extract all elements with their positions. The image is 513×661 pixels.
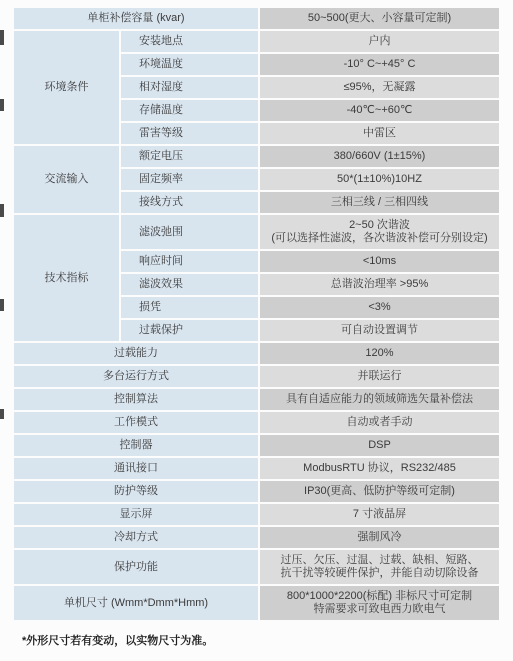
row-value: 50*(1±10%)10HZ [260, 169, 499, 190]
row-value: 7 寸液晶屏 [260, 504, 499, 525]
row-value: 并联运行 [260, 366, 499, 387]
row-label: 过载能力 [14, 343, 258, 364]
row-value: 总谐波治理率 >95% [260, 274, 499, 295]
row-value: <3% [260, 297, 499, 318]
row-label: 额定电压 [121, 146, 258, 167]
row-label: 显示屏 [14, 504, 258, 525]
row-label: 存储温度 [121, 100, 258, 121]
row-label: 滤波效果 [121, 274, 258, 295]
group-cell-environment: 环境条件 [14, 31, 119, 144]
row-label: 控制算法 [14, 389, 258, 410]
row-label: 过载保护 [121, 320, 258, 341]
row-label: 控制器 [14, 435, 258, 456]
row-label: 通讯接口 [14, 458, 258, 479]
row-value: 具有自适应能力的领域筛选矢量补偿法 [260, 389, 499, 410]
row-label: 安装地点 [121, 31, 258, 52]
row-value: 中雷区 [260, 123, 499, 144]
row-value: 户内 [260, 31, 499, 52]
scan-artifact [0, 409, 4, 419]
row-label: 冷却方式 [14, 527, 258, 548]
row-value: 2~50 次谐波 (可以选择性滤波，各次谐波补偿可分别设定) [260, 215, 499, 249]
group-cell-ac-input: 交流输入 [14, 146, 119, 213]
row-value: 50~500(更大、小容量可定制) [260, 8, 499, 29]
row-value: 三相三线 / 三相四线 [260, 192, 499, 213]
row-label: 单柜补偿容量 (kvar) [14, 8, 258, 29]
row-value: 800*1000*2200(标配) 非标尺寸可定制 特需要求可致电西力欧电气 [260, 586, 499, 620]
group-cell-technical: 技术指标 [14, 215, 119, 341]
row-value: <10ms [260, 251, 499, 272]
row-label: 环境温度 [121, 54, 258, 75]
row-value: 强制风冷 [260, 527, 499, 548]
row-label: 雷害等级 [121, 123, 258, 144]
row-value: 120% [260, 343, 499, 364]
scan-artifact [0, 30, 4, 45]
row-value: -40℃~+60℃ [260, 100, 499, 121]
row-label: 接线方式 [121, 192, 258, 213]
scan-artifact [0, 204, 4, 217]
row-value: 自动或者手动 [260, 412, 499, 433]
scan-artifact [0, 299, 4, 311]
row-label: 滤波弛围 [121, 215, 258, 249]
row-label: 损凭 [121, 297, 258, 318]
row-label: 相对湿度 [121, 77, 258, 98]
row-value: 过压、欠压、过温、过载、缺相、短路、 抗干扰等较硬件保护，并能自动切除设备 [260, 550, 499, 584]
row-value: ModbusRTU 协议，RS232/485 [260, 458, 499, 479]
row-value: 380/660V (1±15%) [260, 146, 499, 167]
row-value: 可自动设置调节 [260, 320, 499, 341]
row-label: 响应时间 [121, 251, 258, 272]
row-label: 固定频率 [121, 169, 258, 190]
footnote: *外形尺寸若有变动，以实物尺寸为准。 [22, 632, 213, 648]
page: 单柜补偿容量 (kvar) 50~500(更大、小容量可定制) 环境条件 安装地… [0, 0, 513, 661]
spec-table: 单柜补偿容量 (kvar) 50~500(更大、小容量可定制) 环境条件 安装地… [14, 8, 495, 620]
scan-artifact [0, 99, 4, 111]
row-label: 多台运行方式 [14, 366, 258, 387]
row-label: 工作模式 [14, 412, 258, 433]
row-value: IP30(更高、低防护等级可定制) [260, 481, 499, 502]
row-label: 防护等级 [14, 481, 258, 502]
row-label: 保护功能 [14, 550, 258, 584]
row-value: -10° C~+45° C [260, 54, 499, 75]
row-value: DSP [260, 435, 499, 456]
row-value: ≤95%，无凝露 [260, 77, 499, 98]
row-label: 单机尺寸 (Wmm*Dmm*Hmm) [14, 586, 258, 620]
